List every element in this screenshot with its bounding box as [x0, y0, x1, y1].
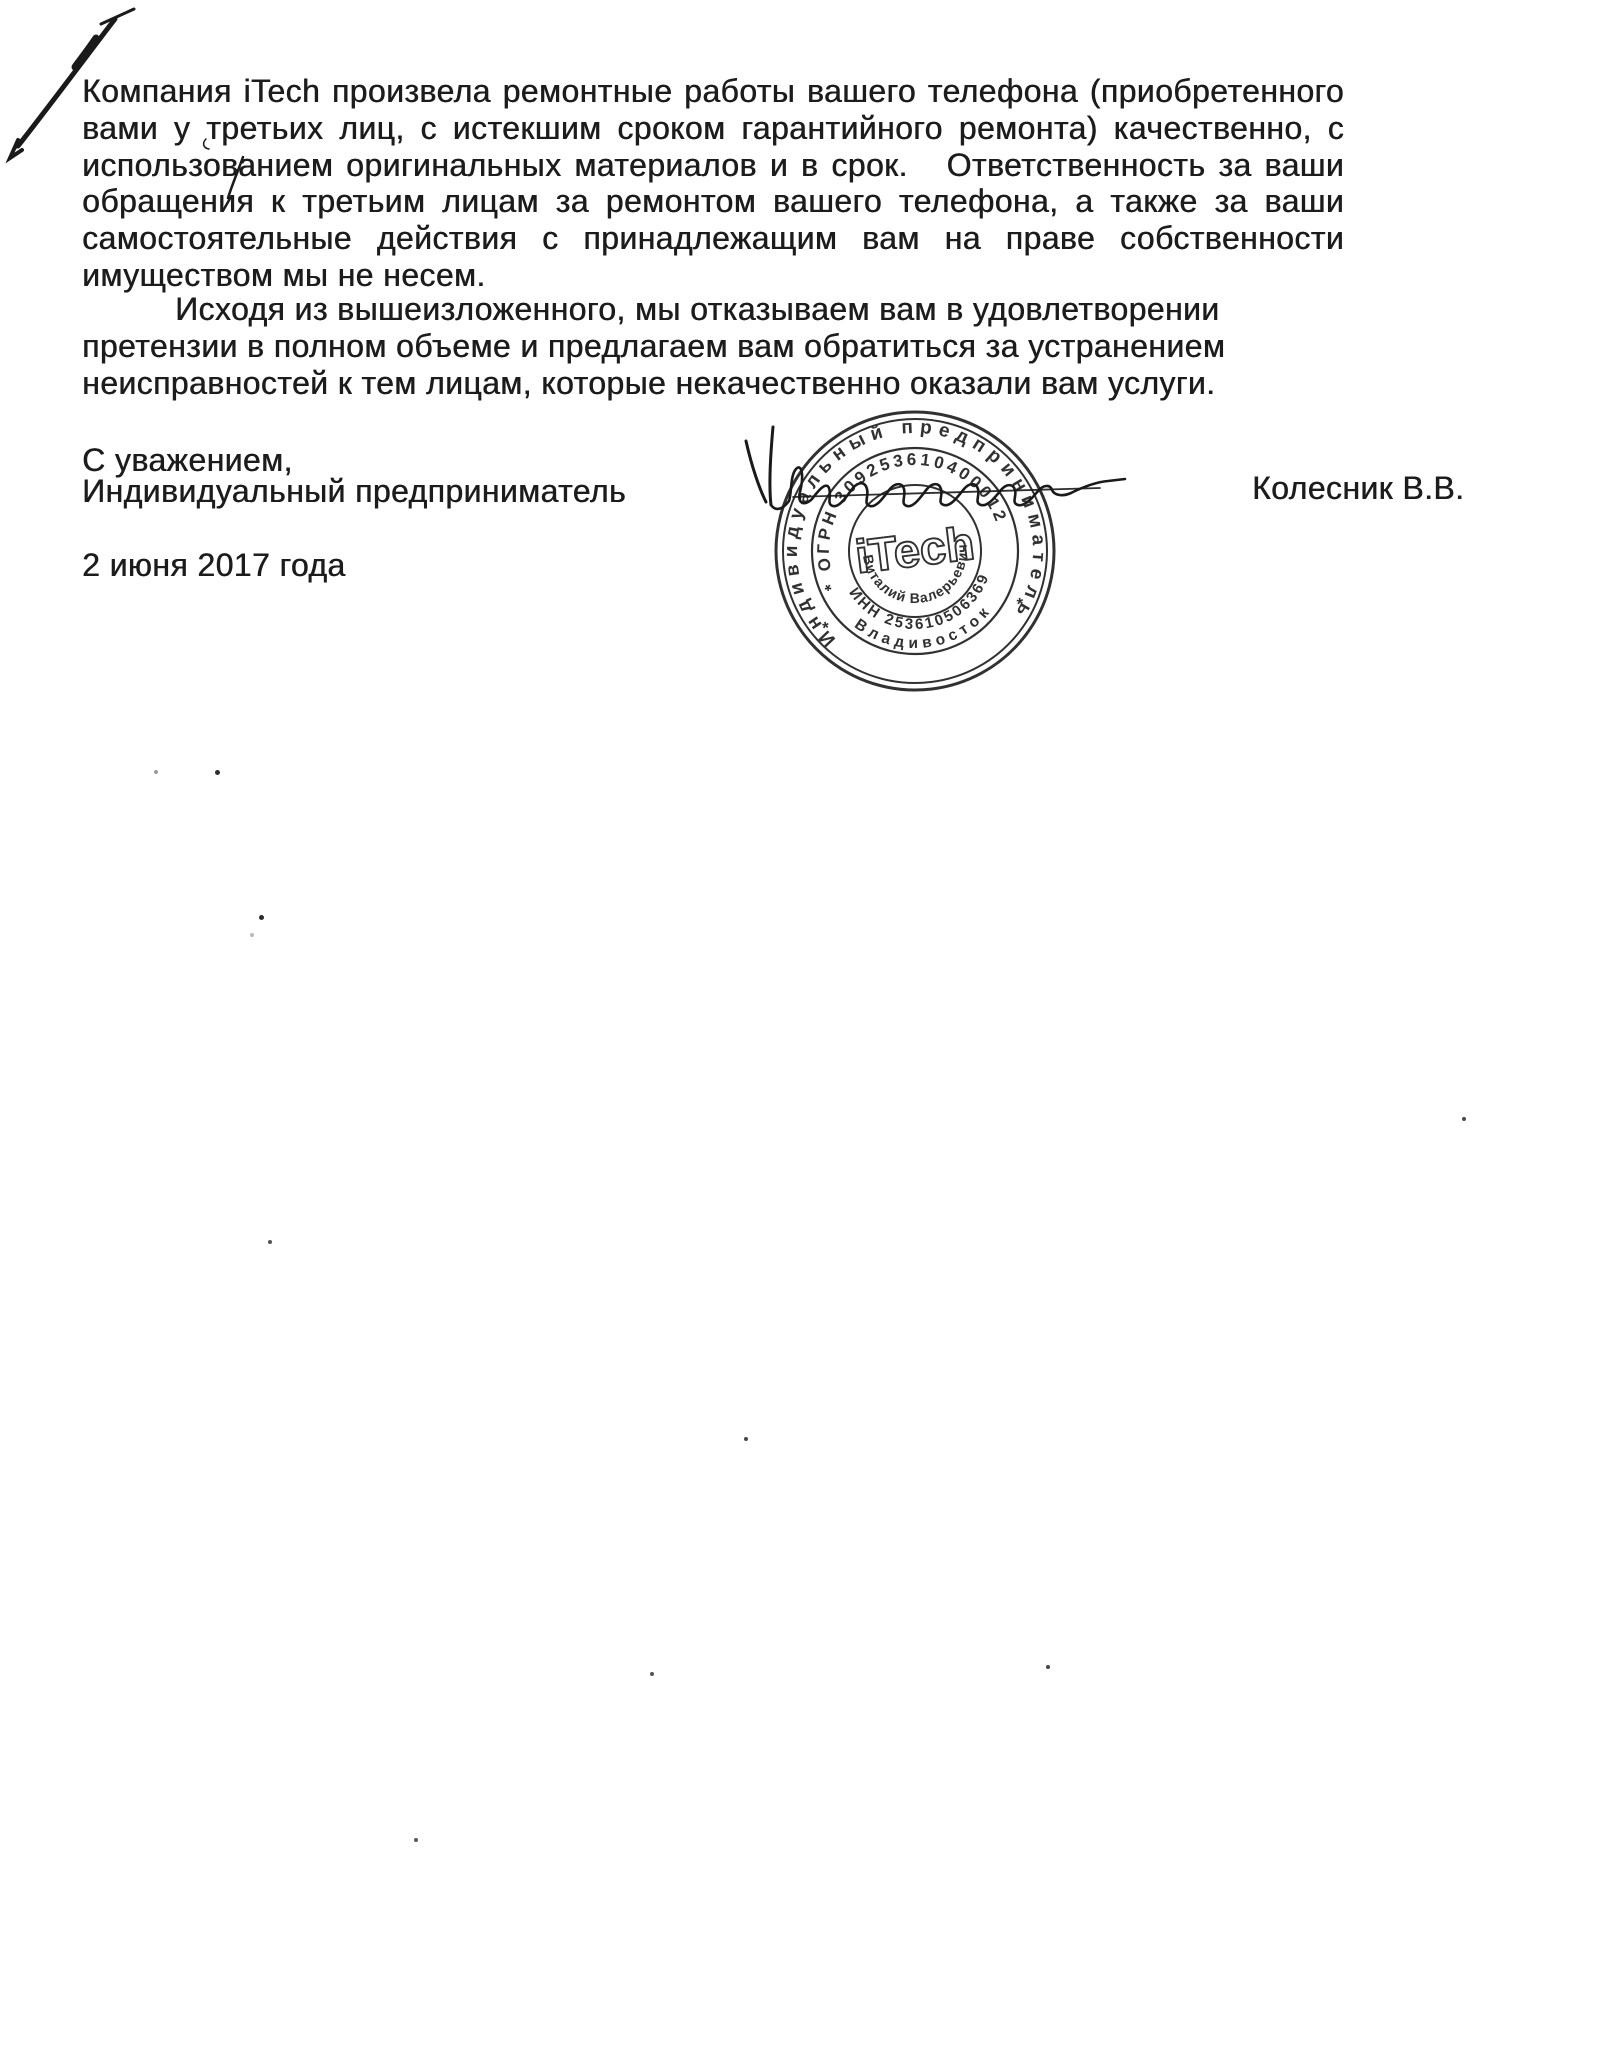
paragraph-line: использованием оригинальных материалов и… [82, 147, 1344, 184]
paragraph-line: Исходя из вышеизложенного, мы отказываем… [82, 291, 1344, 328]
paragraph-line: вами у третьих лиц, с истекшим сроком га… [82, 110, 1344, 147]
signer-name: Колесник В.В. [1252, 470, 1464, 507]
scan-speck [154, 770, 158, 774]
signer-title: Индивидуальный предприниматель [82, 473, 626, 510]
scan-speck [414, 1838, 418, 1842]
scan-speck [744, 1437, 748, 1441]
scan-speck [259, 915, 264, 920]
paragraph-line: неисправностей к тем лицам, которые нека… [82, 365, 1344, 402]
itech-round-stamp: Индивидуальный предприниматель * ОГРН 30… [770, 406, 1060, 696]
paragraph-line: Компания iTech произвела ремонтные работ… [82, 73, 1344, 110]
paragraph-repair-statement: Компания iTech произвела ремонтные работ… [82, 73, 1344, 294]
scan-speck [1462, 1117, 1466, 1121]
scanned-letter-page: Компания iTech произвела ремонтные работ… [0, 0, 1600, 2068]
paragraph-line: обращения к третьим лицам за ремонтом ва… [82, 183, 1344, 220]
paragraph-refusal-statement: Исходя из вышеизложенного, мы отказываем… [82, 291, 1344, 401]
scan-speck [250, 933, 254, 937]
scan-speck [1046, 1665, 1050, 1669]
scan-speck [268, 1240, 272, 1244]
scan-speck [215, 770, 220, 775]
paragraph-line: имуществом мы не несем. [82, 257, 1344, 294]
letter-date: 2 июня 2017 года [82, 547, 345, 584]
paragraph-line: претензии в полном объеме и предлагаем в… [82, 328, 1344, 365]
paragraph-line: самостоятельные действия с принадлежащим… [82, 220, 1344, 257]
scan-speck [650, 1672, 654, 1676]
